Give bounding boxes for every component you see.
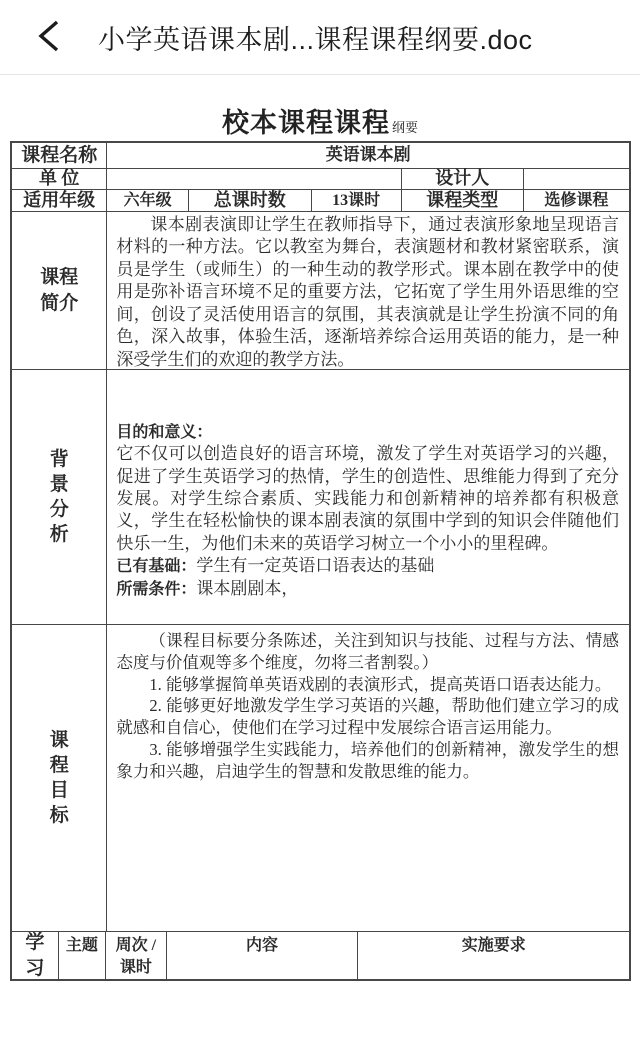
appbar: 小学英语课本剧...课程课程纲要.doc <box>0 0 640 75</box>
objectives-note: （课程目标要分条陈述，关注到知识与技能、过程与方法、情感态度与价值观等多个维度，… <box>116 630 619 674</box>
objectives-text-cell: （课程目标要分条陈述，关注到知识与技能、过程与方法、情感态度与价值观等多个维度，… <box>106 625 629 931</box>
background-text-cell: 目的和意义： 它不仅可以创造良好的语言环境，激发了学生对英语学习的兴趣，促进了学… <box>106 370 629 624</box>
conditions-line: 所需条件：课本剧剧本， <box>116 578 619 600</box>
document-title-main: 校本课程课程 <box>222 108 390 138</box>
designer-value <box>523 169 629 189</box>
row-background-analysis: 背 景 分 析 目的和意义： 它不仅可以创造良好的语言环境，激发了学生对英语学习… <box>12 369 629 624</box>
document-filename: 小学英语课本剧...课程课程纲要.doc <box>98 18 533 57</box>
type-label: 课程类型 <box>401 190 523 211</box>
type-value: 选修课程 <box>523 190 629 211</box>
schedule-col-requirements: 实施要求 <box>357 932 628 979</box>
course-name-label: 课程名称 <box>12 143 106 168</box>
schedule-study-label: 学 习 <box>12 932 58 979</box>
row-grade-hours-type: 适用年级 六年级 总课时数 13课时 课程类型 选修课程 <box>12 189 629 211</box>
basis-text: 学生有一定英语口语表达的基础 <box>196 556 434 575</box>
row-unit-designer: 单 位 设计人 <box>12 168 629 189</box>
background-label: 背 景 分 析 <box>12 370 106 624</box>
hours-label: 总课时数 <box>188 190 311 211</box>
course-outline-table: 课程名称 英语课本剧 单 位 设计人 适用年级 六年级 总课时数 13课时 课程… <box>10 141 631 981</box>
course-intro-text: 课本剧表演即让学生在教师指导下，通过表演形象地呈现语言材料的一种方法。它以教室为… <box>116 214 619 371</box>
unit-value <box>106 169 400 189</box>
row-course-name: 课程名称 英语课本剧 <box>12 143 629 168</box>
back-button[interactable] <box>14 7 84 67</box>
course-name-value: 英语课本剧 <box>106 143 629 168</box>
basis-heading: 已有基础： <box>116 558 196 575</box>
objectives-label: 课 程 目 标 <box>12 625 106 931</box>
conditions-text: 课本剧剧本， <box>196 579 298 598</box>
document-title: 校本课程课程纲要 <box>0 75 640 137</box>
objective-item: 3. 能够增强学生实践能力，培养他们的创新精神，激发学生的想象力和兴趣，启迪学生… <box>116 739 619 783</box>
schedule-col-week-hours: 周次 / 课时 <box>105 932 165 979</box>
schedule-col-theme: 主题 <box>58 932 106 979</box>
objective-item: 1. 能够掌握简单英语戏剧的表演形式，提高英语口语表达能力。 <box>116 674 619 696</box>
objective-item: 2. 能够更好地激发学生学习英语的兴趣，帮助他们建立学习的成就感和自信心，使他们… <box>116 695 619 739</box>
grade-label: 适用年级 <box>12 190 106 211</box>
course-intro-text-cell: 课本剧表演即让学生在教师指导下，通过表演形象地呈现语言材料的一种方法。它以教室为… <box>106 212 629 369</box>
document-title-sub: 纲要 <box>392 120 418 135</box>
unit-label: 单 位 <box>12 169 106 189</box>
basis-line: 已有基础：学生有一定英语口语表达的基础 <box>116 555 619 577</box>
chevron-left-icon <box>36 19 62 56</box>
course-intro-label: 课程 简介 <box>12 212 106 369</box>
purpose-text: 它不仅可以创造良好的语言环境，激发了学生对英语学习的兴趣，促进了学生英语学习的热… <box>116 443 619 555</box>
row-course-objectives: 课 程 目 标 （课程目标要分条陈述，关注到知识与技能、过程与方法、情感态度与价… <box>12 624 629 931</box>
purpose-heading: 目的和意义： <box>116 422 619 443</box>
row-course-intro: 课程 简介 课本剧表演即让学生在教师指导下，通过表演形象地呈现语言材料的一种方法… <box>12 211 629 369</box>
conditions-heading: 所需条件： <box>116 581 196 598</box>
designer-label: 设计人 <box>401 169 523 189</box>
row-schedule-header: 学 习 主题 周次 / 课时 内容 实施要求 <box>12 931 629 979</box>
document-preview[interactable]: 校本课程课程纲要 课程名称 英语课本剧 单 位 设计人 适用年级 六年级 总课时… <box>0 75 640 1057</box>
grade-value: 六年级 <box>106 190 187 211</box>
schedule-col-content: 内容 <box>166 932 358 979</box>
hours-value: 13课时 <box>311 190 401 211</box>
